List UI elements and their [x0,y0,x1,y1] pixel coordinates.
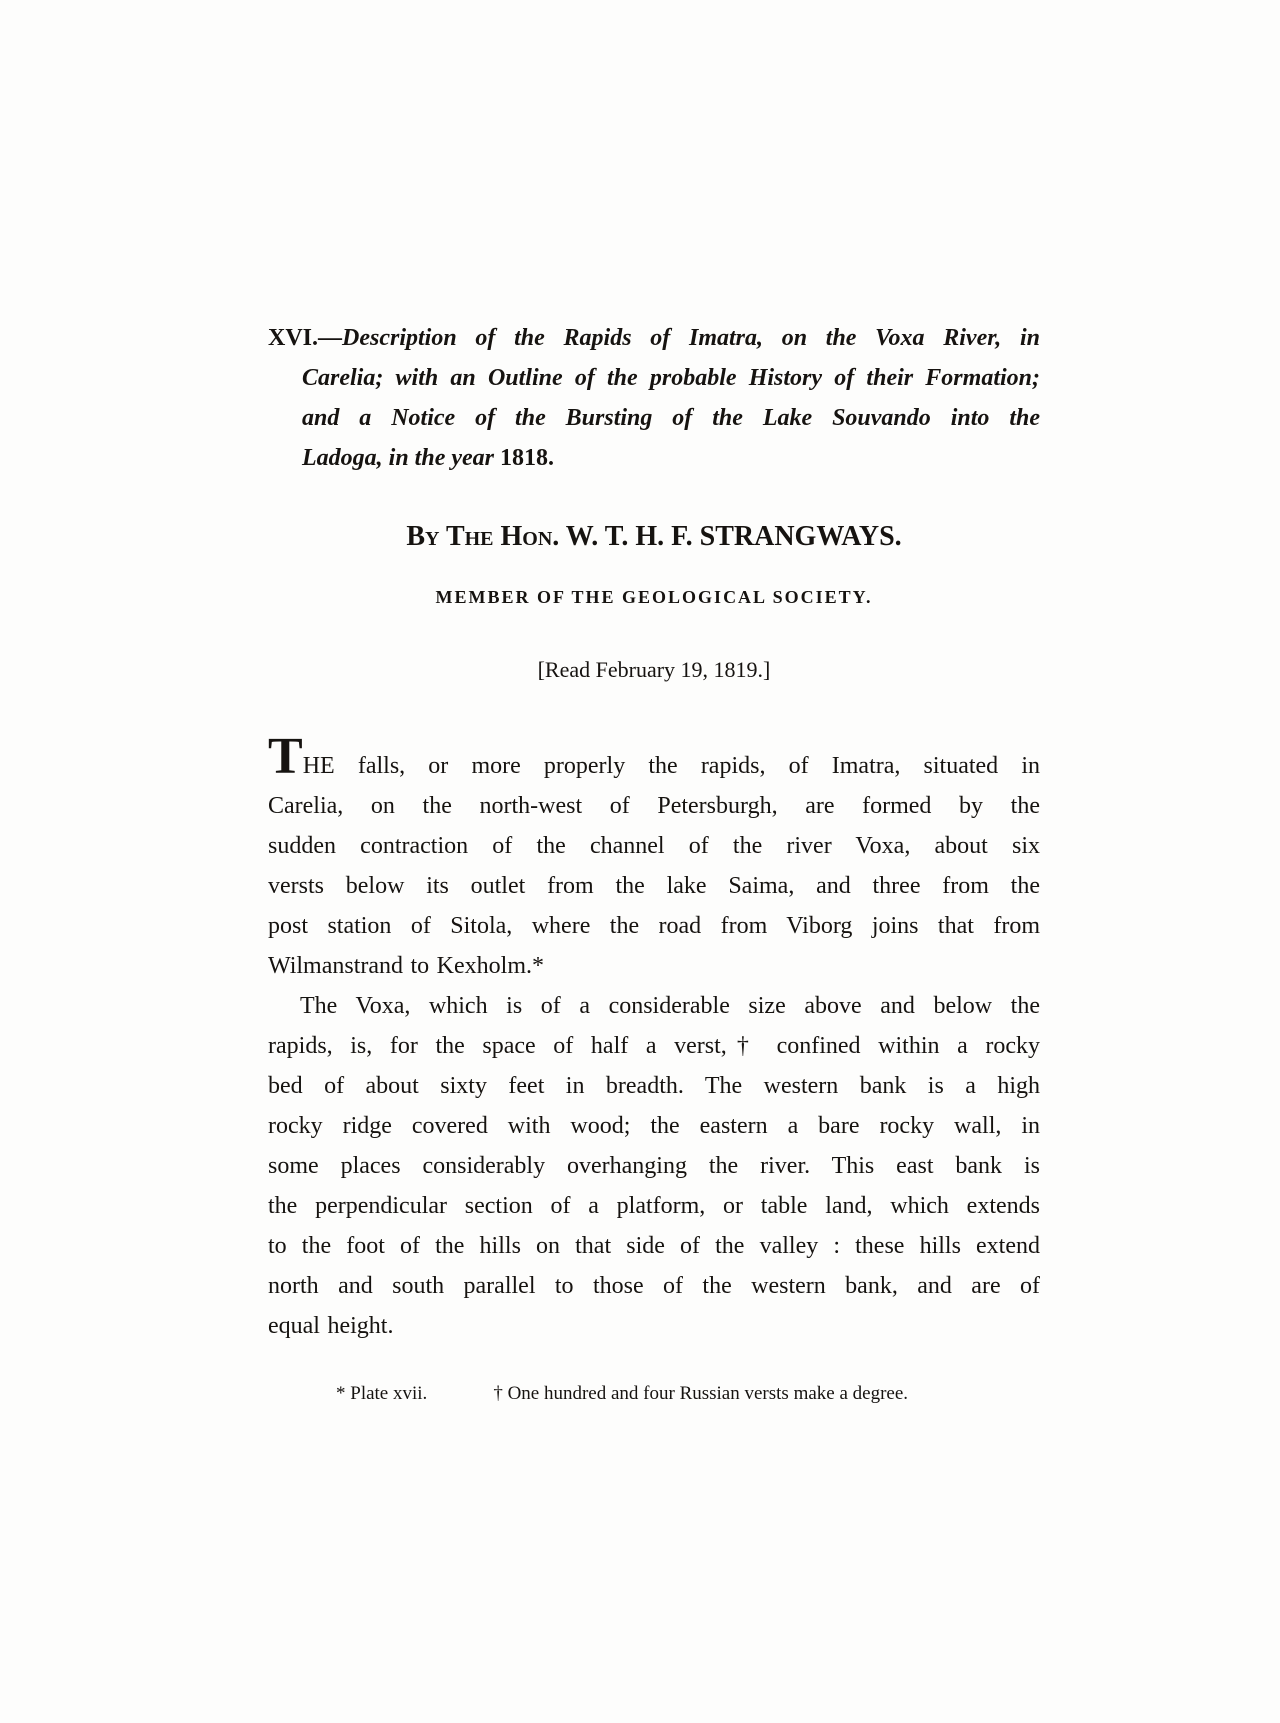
body-line: THE falls, or more properly the rapids, … [268,746,1040,786]
footnote-plate: * Plate xvii. [336,1383,427,1404]
title-year: 1818. [500,445,554,471]
title-line-1: XVI.—Description of the Rapids of Imatra… [268,318,1040,358]
body-line: rocky ridge covered with wood; the easte… [268,1106,1040,1146]
paragraph-2: The Voxa, which is of a considerable siz… [268,986,1040,1346]
body-text: falls, or more properly the rapids, of I… [335,753,1040,779]
body-line: Carelia, on the north-west of Petersburg… [268,786,1040,826]
body-line: to the foot of the hills on that side of… [268,1226,1040,1266]
byline-prefix: By The Hon. [406,521,559,552]
body-line: Wilmanstrand to Kexholm.* [268,946,1040,986]
body-line: bed of about sixty feet in breadth. The … [268,1066,1040,1106]
article-body: THE falls, or more properly the rapids, … [268,746,1040,1346]
footnote-verst: † One hundred and four Russian versts ma… [493,1383,908,1404]
lead-caps: HE [303,753,335,779]
title-line-4: Ladoga, in the year 1818. [268,438,1040,478]
page-content: XVI.—Description of the Rapids of Imatra… [268,318,1040,1406]
article-title: XVI.—Description of the Rapids of Imatra… [268,318,1040,478]
body-line: The Voxa, which is of a considerable siz… [268,986,1040,1026]
body-line: rapids, is, for the space of half a vers… [268,1026,1040,1066]
body-line: equal height. [268,1306,1040,1346]
author-name: W. T. H. F. STRANGWAYS. [566,521,902,552]
body-line: the perpendicular section of a platform,… [268,1186,1040,1226]
scanned-page: XVI.—Description of the Rapids of Imatra… [0,0,1280,1723]
title-line-2: Carelia; with an Outline of the probable… [268,358,1040,398]
body-line: some places considerably overhanging the… [268,1146,1040,1186]
author-affiliation: MEMBER OF THE GEOLOGICAL SOCIETY. [268,586,1040,608]
title-text-1: Description of the Rapids of Imatra, on … [342,325,1040,351]
paragraph-1: THE falls, or more properly the rapids, … [268,746,1040,986]
body-line: sudden contraction of the channel of the… [268,826,1040,866]
byline: By The Hon. W. T. H. F. STRANGWAYS. [268,520,1040,554]
read-date-note: [Read February 19, 1819.] [268,656,1040,684]
section-number: XVI.— [268,325,342,351]
body-line: north and south parallel to those of the… [268,1266,1040,1306]
body-line: versts below its outlet from the lake Sa… [268,866,1040,906]
body-line: post station of Sitola, where the road f… [268,906,1040,946]
drop-cap: T [268,728,303,785]
footnotes: * Plate xvii.† One hundred and four Russ… [268,1382,1040,1406]
title-line-3: and a Notice of the Bursting of the Lake… [268,398,1040,438]
title-text-4: Ladoga, in the year [302,445,500,471]
